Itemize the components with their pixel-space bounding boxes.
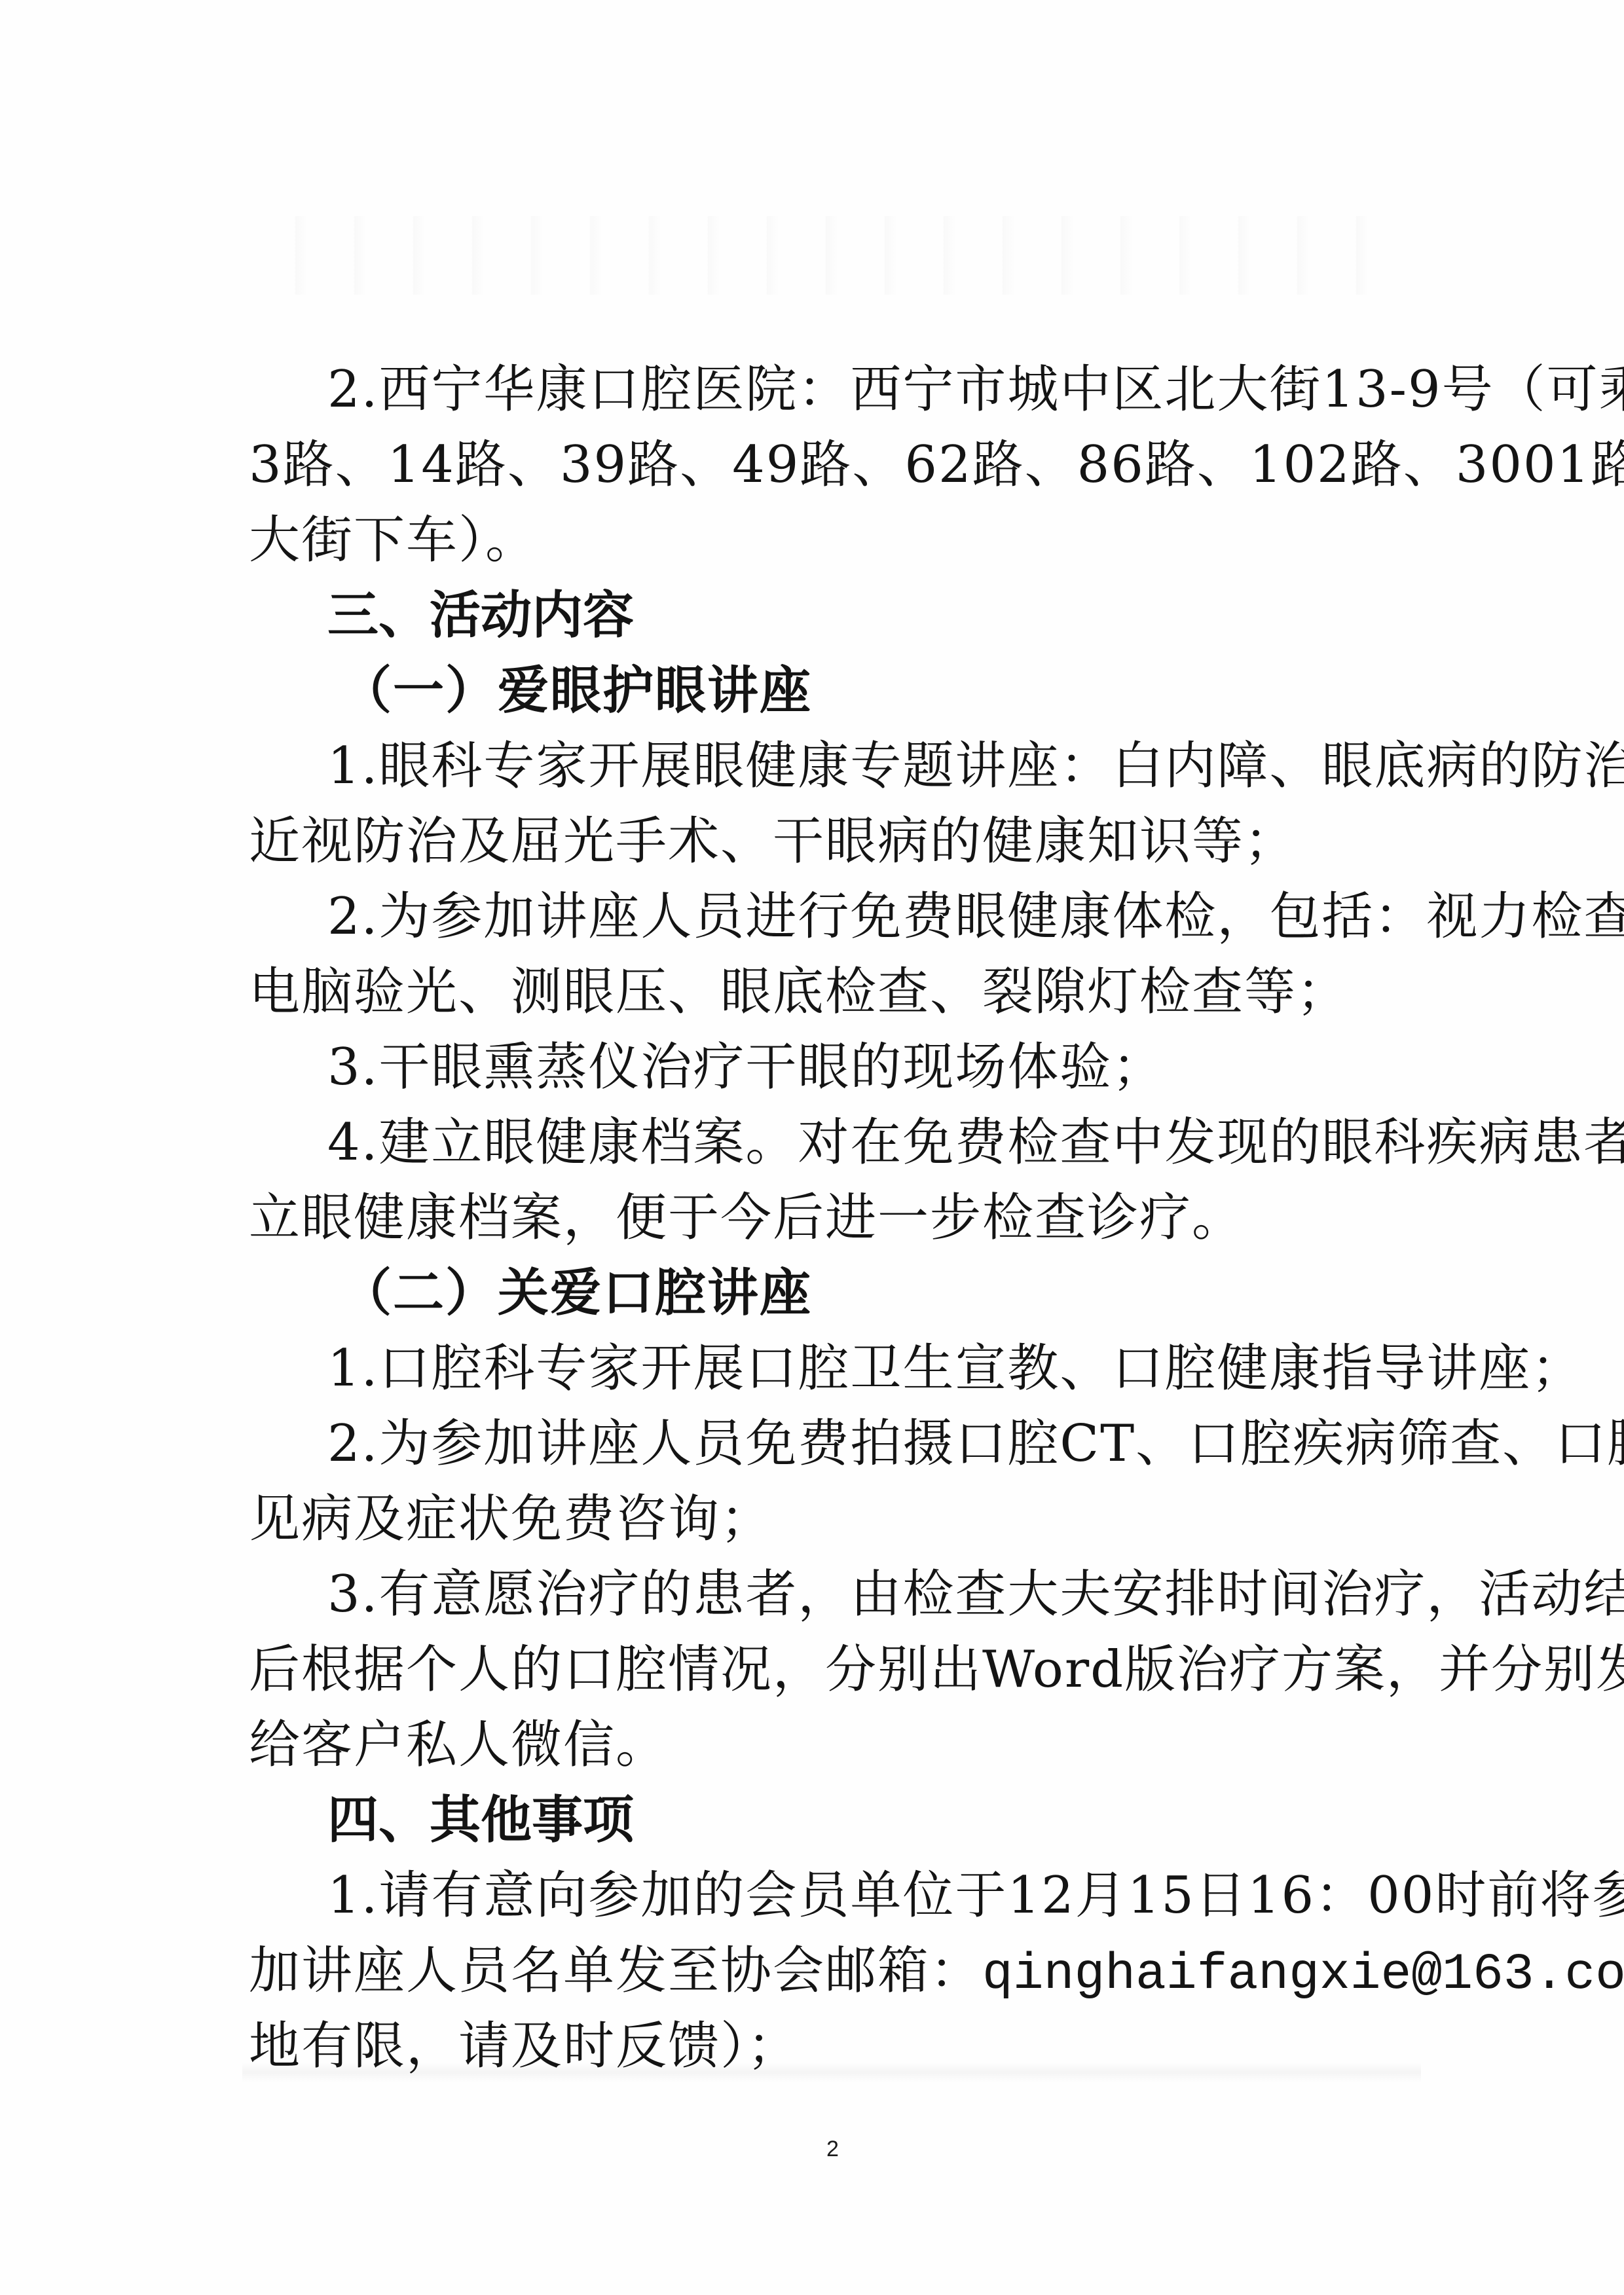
oral-item-3-line-1: 3.有意愿治疗的患者，由检查大夫安排时间治疗，活动结束 xyxy=(327,1562,1414,1627)
eye-item-4-line-2: 立眼健康档案，便于今后进一步检查诊疗。 xyxy=(249,1185,1414,1251)
eye-item-1-line-2: 近视防治及屈光手术、干眼病的健康知识等； xyxy=(249,809,1414,874)
other-item-1-line-3: 地有限，请及时反馈）； xyxy=(249,2013,1414,2079)
oral-item-2-line-1: 2.为参加讲座人员免费拍摄口腔CT、口腔疾病筛查、口腔常 xyxy=(327,1411,1414,1477)
subsection-heading-eye-care: （一）爱眼护眼讲座 xyxy=(341,658,812,724)
registration-instruction-text: 加讲座人员名单发至协会邮箱： xyxy=(249,1941,982,2000)
other-item-1-line-2: 加讲座人员名单发至协会邮箱：qinghaifangxie@163.com（因场 xyxy=(249,1938,1414,2004)
venue-item-2-line-2: 3路、14路、39路、49路、62路、86路、102路、3001路到北 xyxy=(249,432,1414,498)
oral-item-1-line-1: 1.口腔科专家开展口腔卫生宣教、口腔健康指导讲座； xyxy=(327,1336,1414,1401)
eye-item-2-line-2: 电脑验光、测眼压、眼底检查、裂隙灯检查等； xyxy=(249,959,1414,1025)
venue-item-2-line-1: 2.西宁华康口腔医院：西宁市城中区北大街13-9号（可乘坐 xyxy=(327,357,1414,422)
subsection-heading-oral-care: （二）关爱口腔讲座 xyxy=(341,1260,812,1326)
eye-item-2-line-1: 2.为参加讲座人员进行免费眼健康体检，包括：视力检查、 xyxy=(327,884,1414,949)
association-email-link[interactable]: qinghaifangxie@163.com xyxy=(982,1946,1624,2004)
eye-item-4-line-1: 4.建立眼健康档案。对在免费检查中发现的眼科疾病患者建 xyxy=(327,1110,1414,1175)
section-heading-other-matters: 四、其他事项 xyxy=(327,1788,634,1853)
oral-item-3-line-2: 后根据个人的口腔情况，分别出Word版治疗方案，并分别发送 xyxy=(249,1637,1414,1702)
page-number: 2 xyxy=(826,2136,839,2162)
eye-item-3-line-1: 3.干眼熏蒸仪治疗干眼的现场体验； xyxy=(327,1035,1414,1100)
other-item-1-line-1: 1.请有意向参加的会员单位于12月15日16：00时前将参 xyxy=(327,1863,1414,1928)
scan-show-through xyxy=(249,216,1414,295)
document-page: 2.西宁华康口腔医院：西宁市城中区北大街13-9号（可乘坐 3路、14路、39路… xyxy=(0,0,1624,2295)
oral-item-2-line-2: 见病及症状免费咨询； xyxy=(249,1486,1414,1552)
oral-item-3-line-3: 给客户私人微信。 xyxy=(249,1712,1414,1778)
venue-item-2-line-3: 大街下车）。 xyxy=(249,507,1414,573)
eye-item-1-line-1: 1.眼科专家开展眼健康专题讲座：白内障、眼底病的防治、 xyxy=(327,733,1414,799)
section-heading-activities: 三、活动内容 xyxy=(327,583,634,648)
